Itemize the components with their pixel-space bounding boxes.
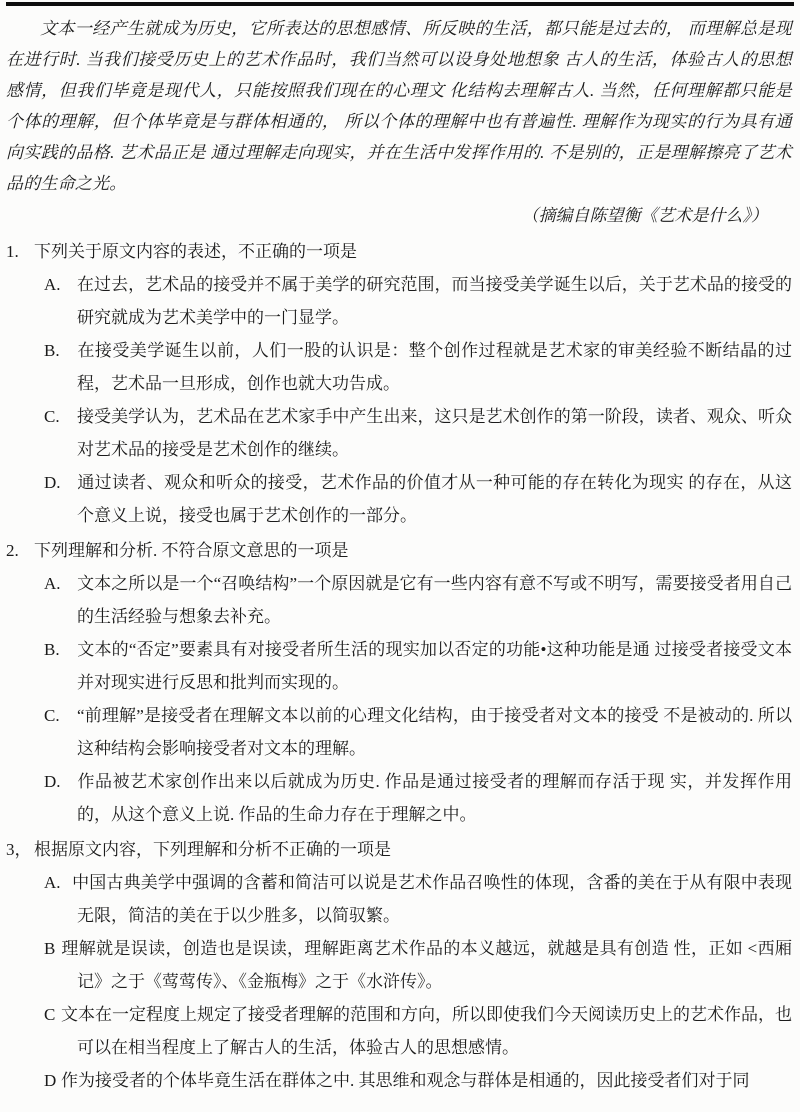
- question-3-stem-text: 根据原文内容，下列理解和分析不正确的一项是: [34, 840, 391, 859]
- question-1-stem-text: 下列关于原文内容的表述，不正确的一项是: [34, 242, 357, 261]
- question-1-option-d-letter: D.: [44, 466, 77, 499]
- question-3-option-a: A.中国古典美学中强调的含蓄和简洁可以说是艺术作品召唤性的体现，含番的美在于从有…: [44, 866, 792, 932]
- question-2-option-b-letter: B.: [44, 633, 77, 666]
- question-2-stem-text: 下列理解和分析. 不符合原文意思的一项是: [34, 541, 349, 560]
- question-3-option-d: D作为接受者的个体毕竟生活在群体之中. 其思维和观念与群体是相通的，因此接受者们…: [44, 1064, 792, 1097]
- question-1-number: 1.: [6, 235, 34, 268]
- question-2-option-b: B.文本的“否定”要素具有对接受者所生活的现实加以否定的功能•这种功能是通 过接…: [44, 633, 792, 699]
- question-1-option-a-letter: A.: [44, 268, 77, 301]
- question-1-option-c-letter: C.: [44, 400, 77, 433]
- question-2-option-a: A.文本之所以是一个“召唤结构”一个原因就是它有一些内容有意不写或不明写，需要接…: [44, 567, 792, 633]
- question-3-option-c-text: 文本在一定程度上规定了接受者理解的范围和方向，所以即使我们今天阅读历史上的艺术作…: [61, 1005, 792, 1057]
- question-1-option-d-text: 通过读者、观众和听众的接受，艺术作品的价值才从一种可能的存在转化为现实 的存在，…: [77, 473, 792, 525]
- question-3-option-c-letter: C: [44, 998, 61, 1031]
- question-3-option-b-letter: B: [44, 932, 61, 965]
- question-1-option-a: A.在过去，艺术品的接受并不属于美学的研究范围，而当接受美学诞生以后，关于艺术品…: [44, 268, 792, 334]
- question-2-option-d-letter: D.: [44, 765, 77, 798]
- question-2-option-a-letter: A.: [44, 567, 77, 600]
- question-1-option-d: D.通过读者、观众和听众的接受，艺术作品的价值才从一种可能的存在转化为现实 的存…: [44, 466, 792, 532]
- question-1-option-c: C.接受美学认为，艺术品在艺术家手中产生出来，这只是艺术创作的第一阶段，读者、观…: [44, 400, 792, 466]
- question-3-stem: 3，根据原文内容，下列理解和分析不正确的一项是: [6, 833, 792, 866]
- question-3-option-d-letter: D: [44, 1064, 61, 1097]
- question-2-option-d-text: 作品被艺术家创作出来以后就成为历史. 作品是通过接受者的理解而存活于现 实，并发…: [77, 772, 792, 824]
- question-2-number: 2.: [6, 534, 34, 567]
- question-2-option-c: C.“前理解”是接受者在理解文本以前的心理文化结构，由于接受者对文本的接受 不是…: [44, 699, 792, 765]
- question-2-option-d: D.作品被艺术家创作出来以后就成为历史. 作品是通过接受者的理解而存活于现 实，…: [44, 765, 792, 831]
- question-1-option-a-text: 在过去，艺术品的接受并不属于美学的研究范围，而当接受美学诞生以后，关于艺术品的接…: [77, 275, 792, 327]
- question-3-option-a-text: 中国古典美学中强调的含蓄和简洁可以说是艺术作品召唤性的体现，含番的美在于从有限中…: [72, 873, 792, 925]
- question-1-stem: 1.下列关于原文内容的表述，不正确的一项是: [6, 235, 792, 268]
- question-1-option-b: B.在接受美学诞生以前，人们一股的认识是：整个创作过程就是艺术家的审美经验不断结…: [44, 334, 792, 400]
- question-3-option-b: B理解就是误读，创造也是误读，理解距离艺术作品的本义越远，就越是具有创造 性，正…: [44, 932, 792, 998]
- question-2-option-c-text: “前理解”是接受者在理解文本以前的心理文化结构，由于接受者对文本的接受 不是被动…: [77, 706, 792, 758]
- question-1-option-b-text: 在接受美学诞生以前，人们一股的认识是：整个创作过程就是艺术家的审美经验不断结晶的…: [77, 341, 792, 393]
- page-content: 文本一经产生就成为历史，它所表达的思想感情、所反映的生活，都只能是过去的， 而理…: [0, 6, 800, 1097]
- question-2-stem: 2.下列理解和分析. 不符合原文意思的一项是: [6, 534, 792, 567]
- question-1-option-c-text: 接受美学认为，艺术品在艺术家手中产生出来，这只是艺术创作的第一阶段，读者、观众、…: [77, 407, 792, 459]
- question-2: 2.下列理解和分析. 不符合原文意思的一项是 A.文本之所以是一个“召唤结构”一…: [6, 534, 792, 831]
- question-1: 1.下列关于原文内容的表述，不正确的一项是 A.在过去，艺术品的接受并不属于美学…: [6, 235, 792, 532]
- passage-paragraph: 文本一经产生就成为历史，它所表达的思想感情、所反映的生活，都只能是过去的， 而理…: [6, 13, 792, 199]
- question-2-option-c-letter: C.: [44, 699, 77, 732]
- question-3: 3，根据原文内容，下列理解和分析不正确的一项是 A.中国古典美学中强调的含蓄和简…: [6, 833, 792, 1097]
- passage-attribution: （摘编自陈望衡《艺术是什么》）: [6, 199, 792, 233]
- question-3-option-b-text: 理解就是误读，创造也是误读，理解距离艺术作品的本义越远，就越是具有创造 性，正如…: [61, 939, 792, 991]
- question-1-option-b-letter: B.: [44, 334, 77, 367]
- question-3-number: 3，: [6, 833, 34, 866]
- question-3-option-d-text: 作为接受者的个体毕竟生活在群体之中. 其思维和观念与群体是相通的，因此接受者们对…: [61, 1071, 750, 1090]
- question-3-option-c: C文本在一定程度上规定了接受者理解的范围和方向，所以即使我们今天阅读历史上的艺术…: [44, 998, 792, 1064]
- question-3-option-a-letter: A.: [44, 866, 72, 899]
- exam-document-page: 文本一经产生就成为历史，它所表达的思想感情、所反映的生活，都只能是过去的， 而理…: [0, 0, 800, 1112]
- question-2-option-b-text: 文本的“否定”要素具有对接受者所生活的现实加以否定的功能•这种功能是通 过接受者…: [77, 640, 792, 692]
- question-2-option-a-text: 文本之所以是一个“召唤结构”一个原因就是它有一些内容有意不写或不明写，需要接受者…: [77, 574, 792, 626]
